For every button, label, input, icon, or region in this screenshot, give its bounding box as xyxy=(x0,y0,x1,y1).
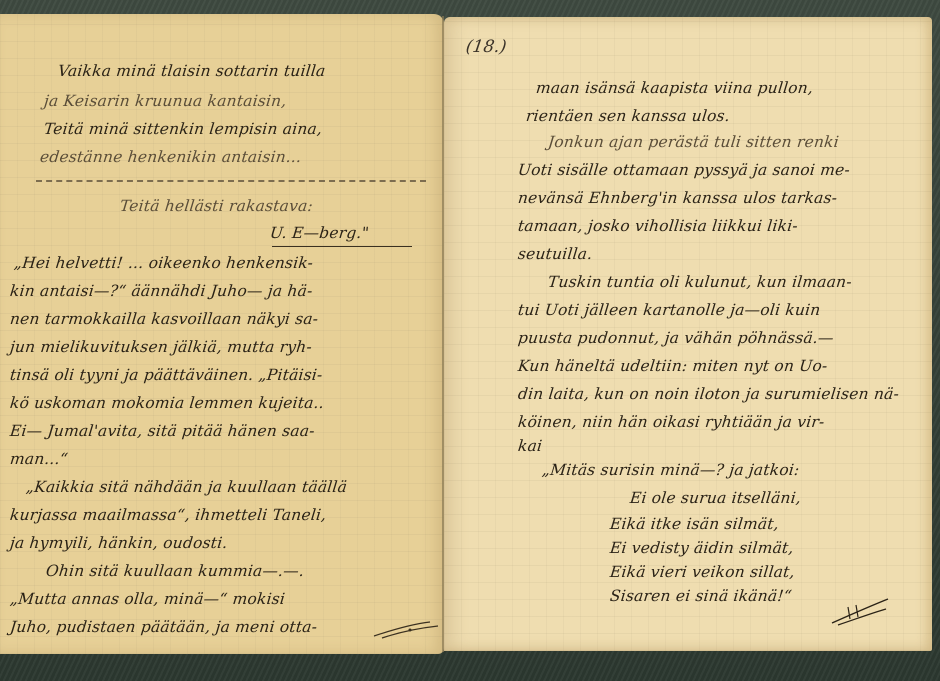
prose-line: Juho, pudistaen päätään, ja meni otta- xyxy=(9,618,318,636)
prose-line: Uoti sisälle ottamaan pyssyä ja sanoi me… xyxy=(517,161,851,179)
prose-line: man...“ xyxy=(9,450,69,468)
prose-line: din laita, kun on noin iloton ja surumie… xyxy=(517,385,900,403)
prose-line: „Mitäs surisin minä—? ja jatkoi: xyxy=(541,461,800,479)
prose-line: tamaan, josko vihollisia liikkui liki- xyxy=(517,217,799,235)
prose-line: puusta pudonnut, ja vähän pöhnässä.— xyxy=(517,329,835,347)
prose-line: ja hymyili, hänkin, oudosti. xyxy=(9,534,228,552)
poem-line: Eikä itke isän silmät, xyxy=(609,515,780,533)
catchword-flourish-icon xyxy=(372,618,442,642)
prose-line: Ohin sitä kuullaan kummia—.—. xyxy=(45,562,305,580)
poem-line: Eikä vieri veikon sillat, xyxy=(609,563,796,581)
prose-line: tui Uoti jälleen kartanolle ja—oli kuin xyxy=(517,301,821,319)
prose-line: kin antaisi—?“ äännähdi Juho— ja hä- xyxy=(9,282,313,300)
left-page: Vaikka minä tlaisin sottarin tuilla ja K… xyxy=(0,14,444,654)
prose-line: Ei— Jumal'avita, sitä pitää hänen saa- xyxy=(9,422,316,440)
letter-signature: U. E—berg." xyxy=(269,224,370,242)
prose-line: seutuilla. xyxy=(517,245,593,263)
poem-line: Teitä minä sittenkin lempisin aina, xyxy=(43,120,323,138)
prose-line: Kun häneltä udeltiin: miten nyt on Uo- xyxy=(517,357,828,375)
prose-line: tinsä oli tyyni ja päättäväinen. „Pitäis… xyxy=(9,366,323,384)
prose-line: kurjassa maailmassa“, ihmetteli Taneli, xyxy=(9,506,327,524)
prose-line: Jonkun ajan perästä tuli sitten renki xyxy=(547,133,840,151)
page-number: (18.) xyxy=(465,37,508,57)
poem-line: ja Keisarin kruunua kantaisin, xyxy=(43,92,287,110)
prose-line: „Mutta annas olla, minä—“ mokisi xyxy=(9,590,286,608)
prose-line: nen tarmokkailla kasvoillaan näkyi sa- xyxy=(9,310,319,328)
poem-line: Sisaren ei sinä ikänä!“ xyxy=(609,587,793,605)
separator-rule xyxy=(36,180,426,182)
poem-line: Ei ole surua itselläni, xyxy=(629,489,802,507)
prose-line: rientäen sen kanssa ulos. xyxy=(525,107,731,125)
prose-line: Tuskin tuntia oli kulunut, kun ilmaan- xyxy=(547,273,853,291)
prose-line: „Kaikkia sitä nähdään ja kuullaan täällä xyxy=(25,478,348,496)
prose-line: „Hei helvetti! ... oikeenko henkensik- xyxy=(13,254,314,272)
end-flourish-icon xyxy=(828,595,892,629)
letter-closing: Teitä hellästi rakastava: xyxy=(119,197,314,215)
prose-line: kai xyxy=(517,437,543,455)
prose-line: maan isänsä kaapista viina pullon, xyxy=(535,79,814,97)
prose-line: köinen, niin hän oikasi ryhtiään ja vir- xyxy=(517,413,825,431)
prose-line: jun mielikuvituksen jälkiä, mutta ryh- xyxy=(9,338,313,356)
signature-underline xyxy=(272,246,412,247)
prose-line: nevänsä Ehnberg'in kanssa ulos tarkas- xyxy=(517,189,838,207)
prose-line: kö uskoman mokomia lemmen kujeita.. xyxy=(9,394,325,412)
poem-line: edestänne henkenikin antaisin... xyxy=(39,148,302,166)
poem-line: Vaikka minä tlaisin sottarin tuilla xyxy=(57,62,326,80)
poem-line: Ei vedisty äidin silmät, xyxy=(609,539,795,557)
right-page: (18.) maan isänsä kaapista viina pullon,… xyxy=(444,17,932,651)
